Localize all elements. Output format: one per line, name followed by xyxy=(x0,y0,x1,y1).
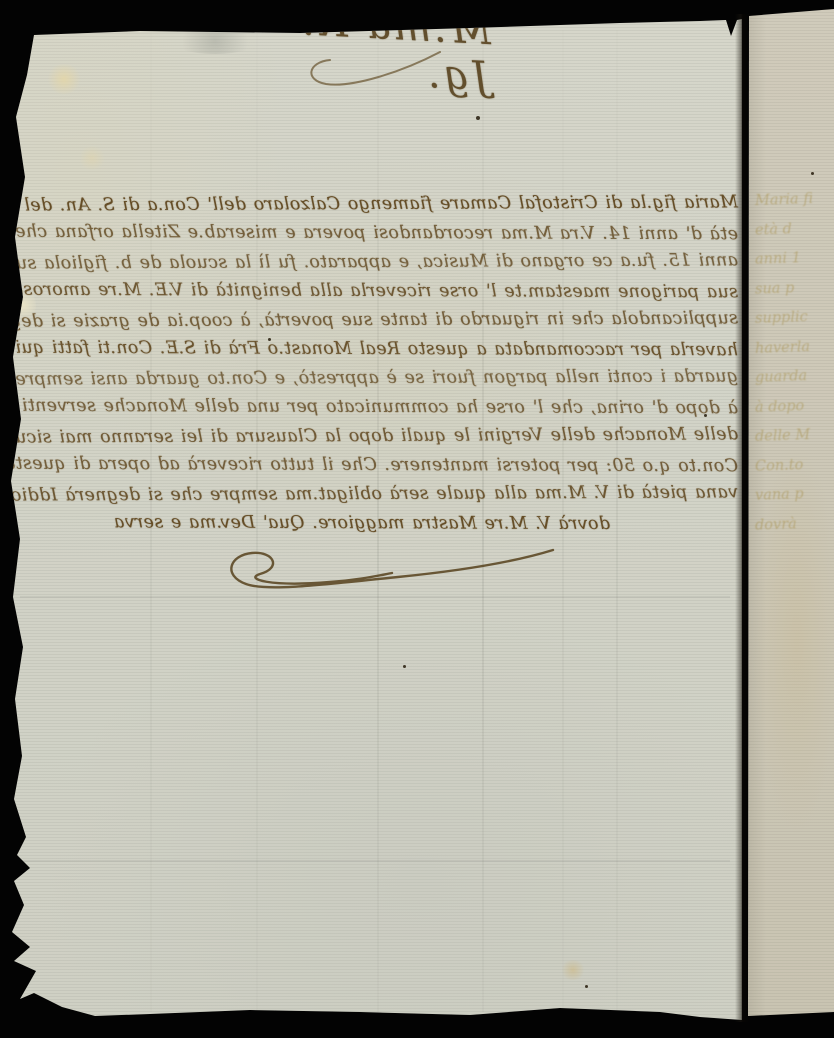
manuscript-line: Maria fig.la di Cristofal Camare fiameng… xyxy=(20,188,738,220)
ghost-text-fragment: guarda xyxy=(755,368,808,386)
manuscript-line: à dopo d' orina, che l' orse ha communic… xyxy=(20,392,738,424)
letter-body: Maria fig.la di Cristofal Camare fiameng… xyxy=(20,190,738,538)
manuscript-line: dovrà V. M.re Mastra maggiore. Qua' Dev.… xyxy=(20,508,610,539)
manuscript-line: età d' anni 14. V.ra M.ma recordandosi p… xyxy=(20,218,738,250)
paper-stain xyxy=(46,64,82,94)
ink-speck xyxy=(585,985,588,988)
inscription-flourish xyxy=(292,46,452,101)
fold-line xyxy=(735,14,749,1022)
ghost-text-fragment: delle M xyxy=(755,427,811,445)
pen-flourish xyxy=(208,540,558,598)
ghost-text-fragment: à dopo xyxy=(755,398,805,416)
manuscript-line: guarda i conti nella pargon fuori se è a… xyxy=(20,362,738,394)
manuscript-scan: M.ma R. Jg. Maria fig.la di Cristofal Ca… xyxy=(0,0,834,1038)
manuscript-line: supplicandola che in riguardo di tante s… xyxy=(20,304,738,336)
ghost-text-fragment: anni 1 xyxy=(755,250,801,268)
manuscript-line: vana pietà di V. M.ma alla quale serà ob… xyxy=(20,478,738,510)
ink-speck xyxy=(811,172,814,175)
ghost-text-fragment: Con.to xyxy=(755,457,804,475)
manuscript-line: delle Monache delle Vergini le quali dop… xyxy=(20,420,738,452)
ink-speck xyxy=(403,665,406,668)
ghost-text-fragment: età d xyxy=(755,221,792,238)
manuscript-line: Con.to q.o 50: per potersi mantenere. Ch… xyxy=(20,450,738,482)
manuscript-line: haverla per raccomandata a questo Real M… xyxy=(20,334,738,366)
manuscript-line: anni 15. fu.a ce organo di Musica, e app… xyxy=(20,246,738,278)
ghost-text-fragment: haverla xyxy=(755,339,811,357)
manuscript-page: M.ma R. Jg. Maria fig.la di Cristofal Ca… xyxy=(0,0,742,1038)
manuscript-line: sua parigone maestam.te l' orse riceverl… xyxy=(20,276,738,308)
paper-stain xyxy=(560,960,586,980)
ghost-text-fragment: supplic xyxy=(755,309,808,327)
ghost-text-fragment: sua p xyxy=(755,280,795,297)
ink-speck xyxy=(476,116,480,120)
folded-edge-strip: Maria fi età d anni 1 sua p supplic have… xyxy=(747,0,834,1038)
ghost-text-fragment: Maria fi xyxy=(755,191,814,209)
ghost-text-fragment: vana p xyxy=(755,486,804,504)
horizontal-crease xyxy=(20,860,730,862)
paper-stain xyxy=(170,28,260,54)
paper-stain xyxy=(78,146,106,170)
ghost-text-fragment: dovrà xyxy=(755,516,797,533)
